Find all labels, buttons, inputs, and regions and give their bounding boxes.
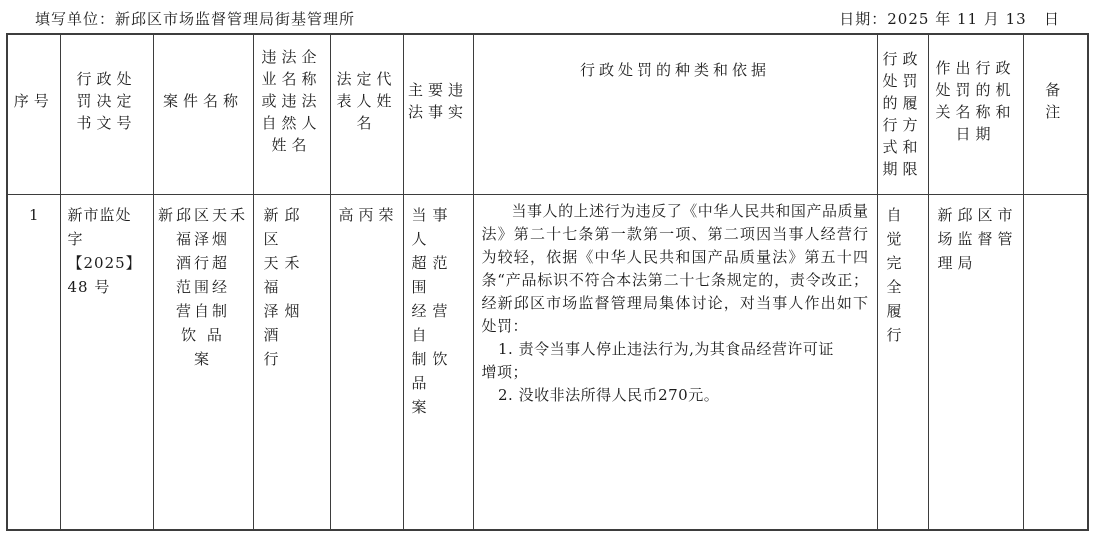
date-label: 日期：2025 年 11 月 13 日: [839, 8, 1060, 29]
col-header-party-name: 违法企 业名称 或违法 自然人 姓名: [253, 34, 330, 194]
penalty-document-page: 填写单位：新邱区市场监督管理局街基管理所 日期：2025 年 11 月 13 日…: [0, 0, 1094, 535]
col-header-main-facts: 主要违 法事实: [403, 34, 473, 194]
cell-seq: 1: [7, 194, 60, 530]
cell-case-name: 新邱区天禾 福泽烟 酒行超 范围经 营自制 饮 品 案: [153, 194, 253, 530]
col-header-authority-date: 作出行政 处罚的机 关名称和 日期: [928, 34, 1023, 194]
col-header-seq: 序号: [7, 34, 60, 194]
cell-party-name: 新邱区 天禾福 泽烟酒 行: [253, 194, 330, 530]
cell-main-facts: 当事人 超范围 经营自 制饮品 案: [403, 194, 473, 530]
penalty-paragraph-basis: 当事人的上述行为违反了《中华人民共和国产品质量法》第二十七条第一款第一项、第二项…: [482, 200, 869, 338]
filling-unit-label: 填写单位：新邱区市场监督管理局街基管理所: [35, 8, 355, 29]
penalty-table: 序号 行政处 罚决定 书文号 案件名称 违法企 业名称 或违法 自然人 姓名 法…: [6, 33, 1089, 531]
cell-decision-doc-no: 新市监处 字【2025】 48 号: [60, 194, 153, 530]
col-header-legal-representative: 法定代 表人姓 名: [330, 34, 403, 194]
cell-remark: [1023, 194, 1088, 530]
col-header-penalty-type-basis: 行政处罚的种类和依据: [473, 34, 877, 194]
col-header-case-name: 案件名称: [153, 34, 253, 194]
cell-legal-representative: 高丙荣: [330, 194, 403, 530]
table-data-row: 1 新市监处 字【2025】 48 号 新邱区天禾 福泽烟 酒行超 范围经 营自…: [7, 194, 1088, 530]
col-header-remark: 备 注: [1023, 34, 1088, 194]
penalty-paragraph-item-1: 1. 责令当事人停止违法行为,为其食品经营许可证 增项；: [482, 338, 869, 384]
col-header-decision-doc-no: 行政处 罚决定 书文号: [60, 34, 153, 194]
document-header-bar: 填写单位：新邱区市场监督管理局街基管理所 日期：2025 年 11 月 13 日: [0, 0, 1094, 33]
table-header-row: 序号 行政处 罚决定 书文号 案件名称 违法企 业名称 或违法 自然人 姓名 法…: [7, 34, 1088, 194]
cell-authority-name: 新邱区市 场监督管 理局: [928, 194, 1023, 530]
col-header-fulfillment-method: 行政 处罚 的履 行方 式和 期限: [877, 34, 928, 194]
penalty-paragraph-item-2: 2. 没收非法所得人民币270元。: [482, 384, 869, 407]
cell-penalty-type-basis: 当事人的上述行为违反了《中华人民共和国产品质量法》第二十七条第一款第一项、第二项…: [473, 194, 877, 530]
cell-fulfillment-method: 自觉 完全 履行: [877, 194, 928, 530]
